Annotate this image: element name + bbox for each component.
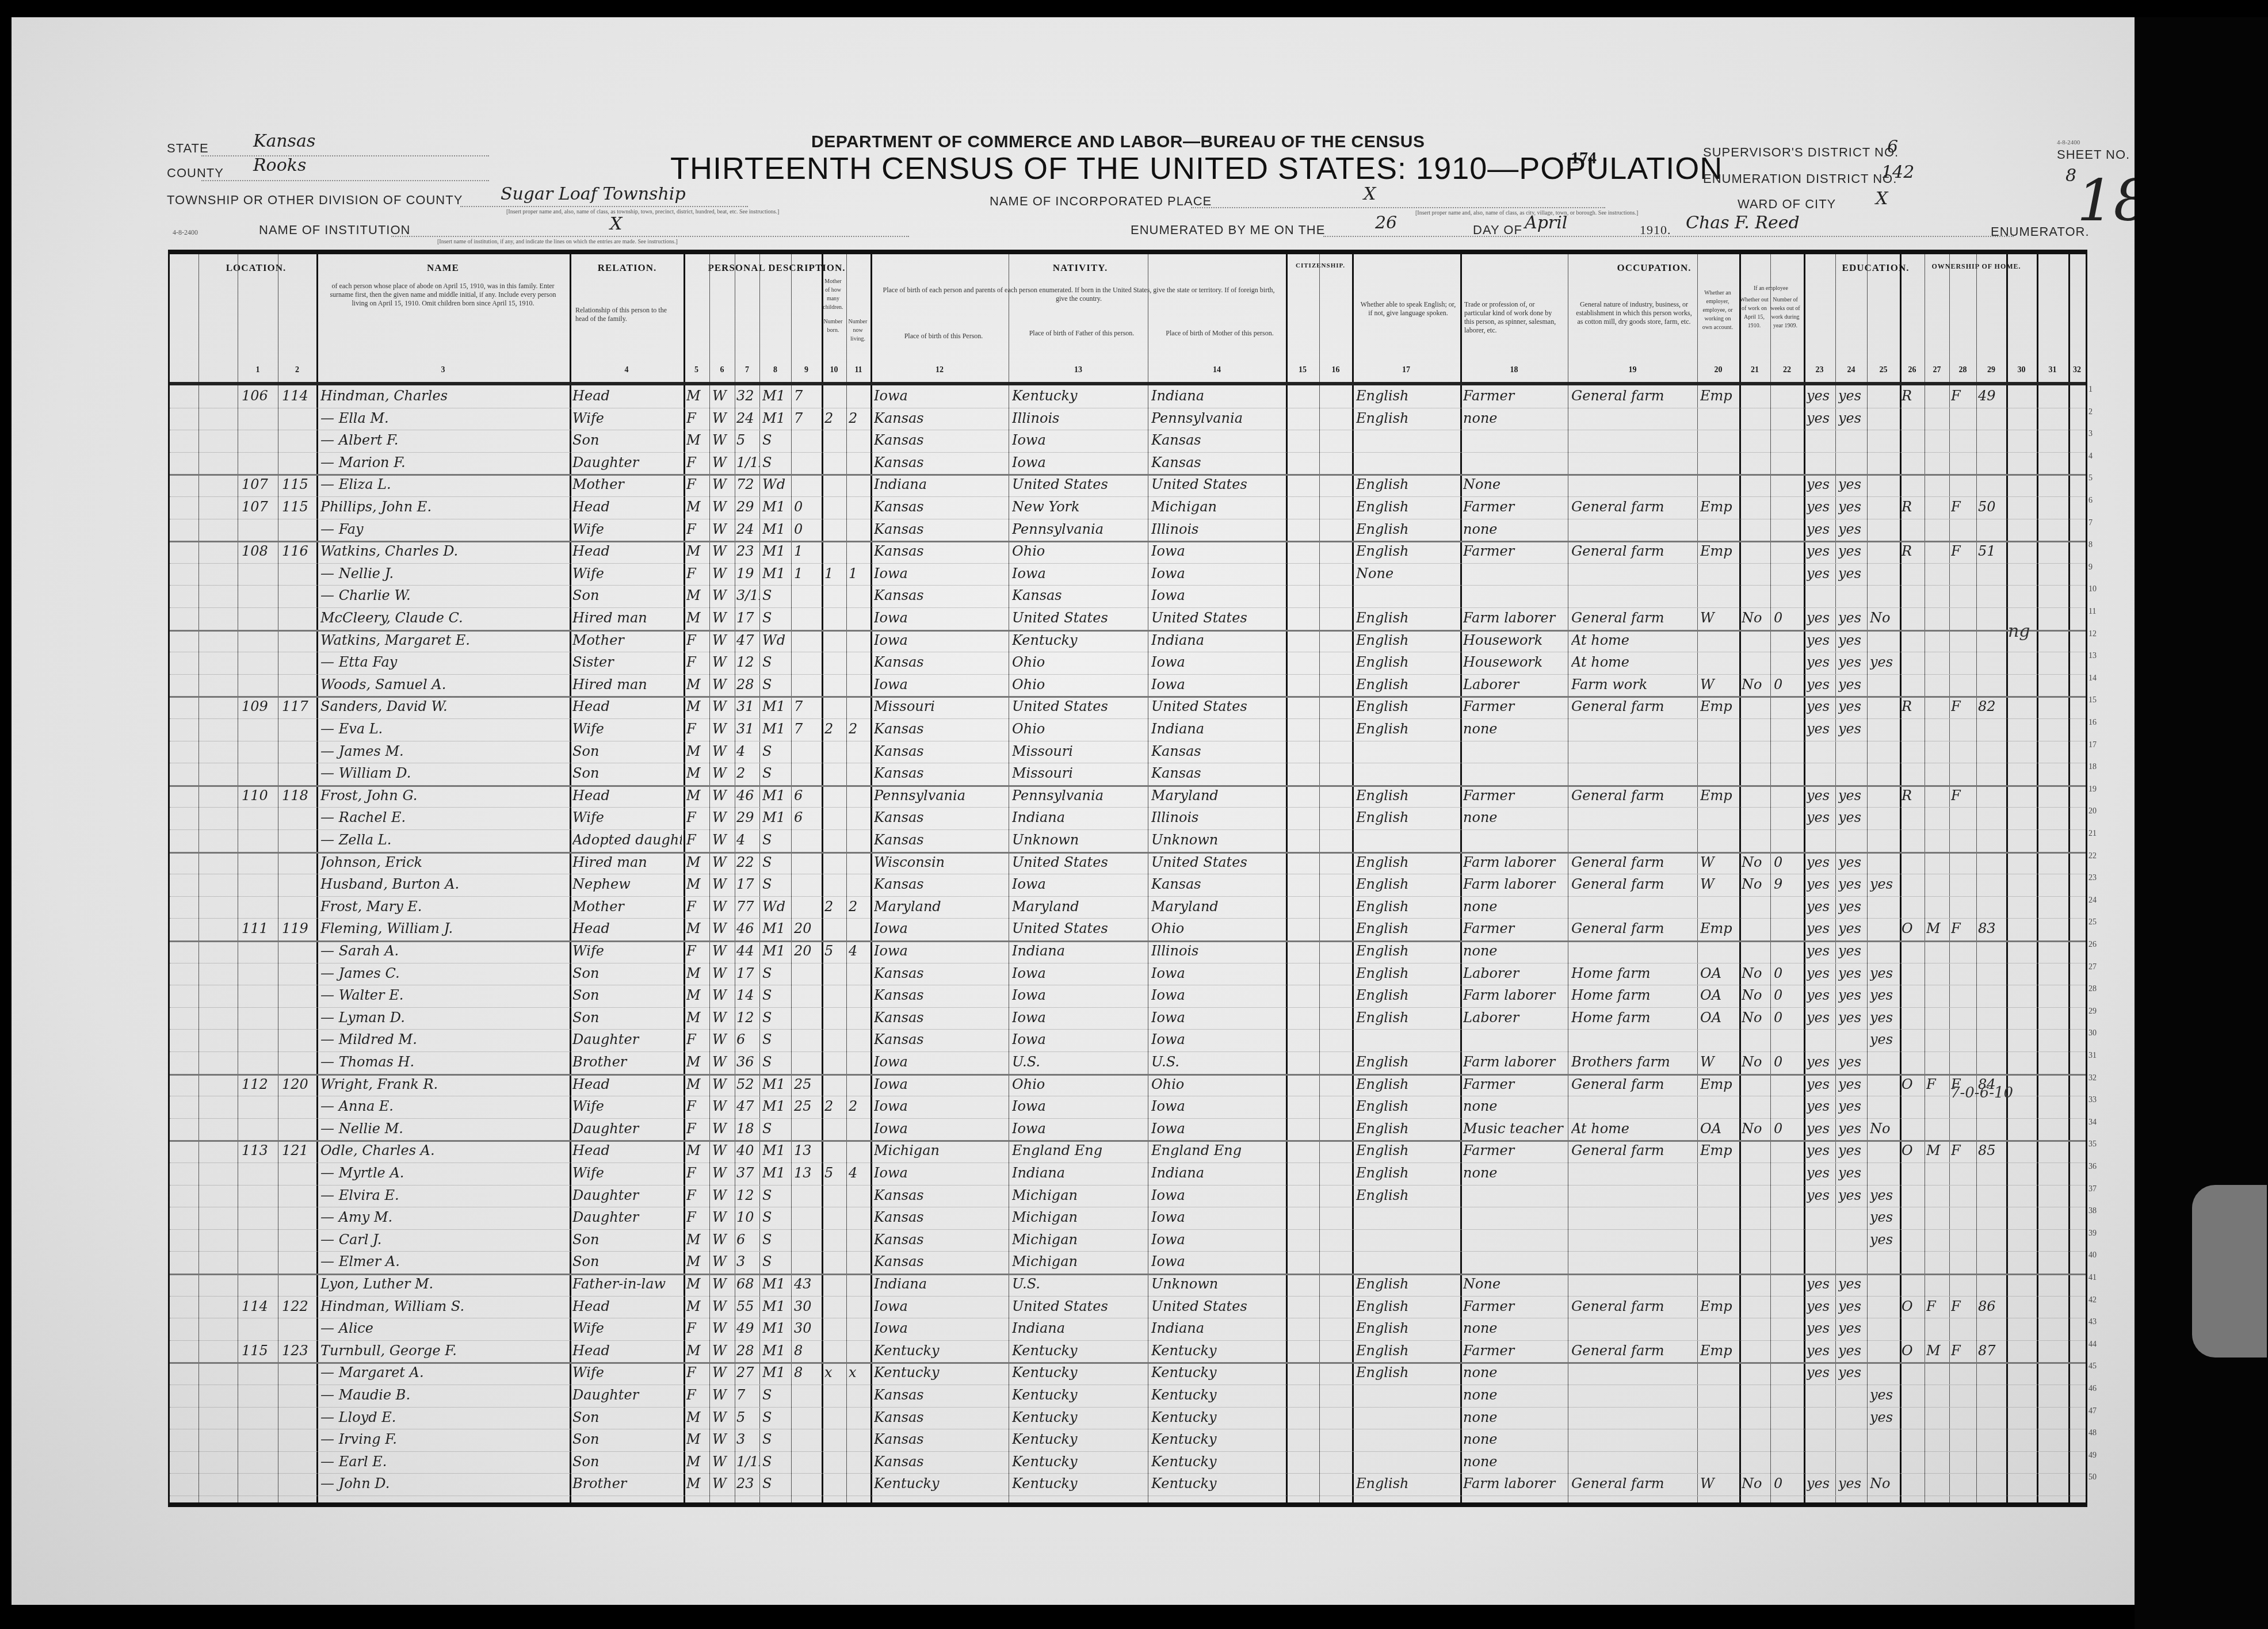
group-education: EDUCATION. <box>1827 262 1925 274</box>
cell-relation: Daughter <box>572 1209 682 1225</box>
cell-trade: none <box>1463 1364 1567 1381</box>
cell-farm: F <box>1951 787 1975 804</box>
line-number: 37 <box>2088 1185 2097 1194</box>
group-occupation: OCCUPATION. <box>1539 262 1769 274</box>
enumerator-name: Chas F. Reed <box>1686 213 1800 233</box>
cell-school: yes <box>1870 1209 1899 1225</box>
cell-mother-birth: Indiana <box>1151 632 1285 648</box>
colnum: 25 <box>1867 366 1900 375</box>
cell-mother-birth: Ohio <box>1151 1076 1285 1092</box>
cell-write: yes <box>1838 987 1867 1003</box>
cell-marital: S <box>762 1054 790 1070</box>
cell-sex: F <box>686 898 708 915</box>
cell-father-birth: Pennsylvania <box>1012 787 1146 804</box>
table-row: — Lloyd E.SonMW5SKansasKentuckyKentuckyn… <box>170 1407 2086 1430</box>
cell-dwelling: 113 <box>242 1142 276 1158</box>
cell-farm: F <box>1951 698 1975 714</box>
cell-race: W <box>712 1209 734 1225</box>
cell-mother-birth: Kansas <box>1151 432 1285 448</box>
cell-language: English <box>1356 1054 1458 1070</box>
cell-marital: M1 <box>762 521 790 537</box>
cell-sex: M <box>686 1142 708 1158</box>
cell-read: yes <box>1807 388 1835 404</box>
cell-living: 1 <box>849 565 869 582</box>
table-row: 112120Wright, Frank R.HeadMW52M125IowaOh… <box>170 1074 2086 1097</box>
cell-language: English <box>1356 1142 1458 1158</box>
cell-sex: M <box>686 1253 708 1269</box>
cell-birth: Kansas <box>874 1253 1007 1269</box>
cell-trade: none <box>1463 1454 1567 1470</box>
cell-relation: Son <box>572 765 682 781</box>
cell-marital: M1 <box>762 698 790 714</box>
cell-sex: M <box>686 388 708 404</box>
cell-write: yes <box>1838 876 1867 892</box>
cell-industry: General farm <box>1571 543 1697 559</box>
table-row: Woods, Samuel A.Hired manMW28SIowaOhioIo… <box>170 674 2086 698</box>
cell-years-married: 7 <box>794 721 820 737</box>
cell-language: English <box>1356 943 1458 959</box>
cell-race: W <box>712 521 734 537</box>
cell-marital: M1 <box>762 1298 790 1314</box>
ed-value: 142 <box>1881 162 1914 182</box>
cell-class: Emp <box>1700 1142 1738 1158</box>
cell-class: W <box>1700 610 1738 626</box>
cell-age: 4 <box>736 832 759 848</box>
enumerated-label: Enumerated by me on the <box>1131 223 1325 238</box>
cell-write: yes <box>1838 1343 1867 1359</box>
cell-name: — Walter E. <box>320 987 568 1003</box>
cell-birth: Iowa <box>874 1121 1007 1137</box>
cell-age: 6 <box>736 1031 759 1047</box>
line-number: 47 <box>2088 1407 2097 1416</box>
cell-marital: M1 <box>762 499 790 515</box>
cell-industry: General farm <box>1571 1343 1697 1359</box>
cell-born: 2 <box>824 410 845 426</box>
cell-years-married: 20 <box>794 920 820 936</box>
cell-sex: F <box>686 1209 708 1225</box>
cell-race: W <box>712 920 734 936</box>
cell-read: yes <box>1807 632 1835 648</box>
cell-mother-birth: Iowa <box>1151 1098 1285 1114</box>
cell-read: yes <box>1807 1165 1835 1181</box>
cell-school: yes <box>1870 876 1899 892</box>
cell-living: 2 <box>849 721 869 737</box>
cell-age: 27 <box>736 1364 759 1381</box>
cell-trade: none <box>1463 1431 1567 1447</box>
cell-race: W <box>712 1098 734 1114</box>
cell-school: yes <box>1870 1187 1899 1203</box>
sheet-label: Sheet No. <box>2057 147 2130 162</box>
cell-school: No <box>1870 610 1899 626</box>
cell-write: yes <box>1838 610 1867 626</box>
cell-father-birth: Pennsylvania <box>1012 521 1146 537</box>
cell-read: yes <box>1807 565 1835 582</box>
line-number: 27 <box>2088 963 2097 972</box>
cell-mother-birth: Iowa <box>1151 1187 1285 1203</box>
institution-line <box>391 236 909 237</box>
table-row: — Irving F.SonMW3SKansasKentuckyKentucky… <box>170 1429 2086 1452</box>
table-row: Watkins, Margaret E.MotherFW47WdIowaKent… <box>170 630 2086 653</box>
cell-mother-birth: Illinois <box>1151 521 1285 537</box>
cell-birth: Iowa <box>874 1320 1007 1336</box>
cell-language: English <box>1356 987 1458 1003</box>
cell-father-birth: Iowa <box>1012 432 1146 448</box>
table-row: 106114Hindman, CharlesHeadMW32M17IowaKen… <box>170 385 2086 408</box>
cell-write: yes <box>1838 920 1867 936</box>
cell-mother-birth: Kansas <box>1151 454 1285 471</box>
cell-write: yes <box>1838 1187 1867 1203</box>
line-number: 24 <box>2088 896 2097 905</box>
cell-age: 32 <box>736 388 759 404</box>
cell-family: 116 <box>282 543 315 559</box>
cell-trade: Farmer <box>1463 1076 1567 1092</box>
cell-mother-birth: Kentucky <box>1151 1454 1285 1470</box>
cell-trade: Farmer <box>1463 543 1567 559</box>
line-number: 43 <box>2088 1318 2097 1327</box>
table-row: — Myrtle A.WifeFW37M11354IowaIndianaIndi… <box>170 1163 2086 1186</box>
colnum: 5 <box>684 366 709 375</box>
cell-out-of-work: No <box>1742 965 1769 981</box>
cell-marital: M1 <box>762 1364 790 1381</box>
cell-born: 1 <box>824 565 845 582</box>
cell-trade: Laborer <box>1463 1009 1567 1026</box>
cell-read: yes <box>1807 987 1835 1003</box>
colnum: 10 <box>822 366 846 375</box>
group-citizenship: CITIZENSHIP. <box>1289 262 1352 269</box>
cell-trade: none <box>1463 1320 1567 1336</box>
cell-relation: Son <box>572 743 682 759</box>
cell-trade: none <box>1463 521 1567 537</box>
cell-trade: Farmer <box>1463 920 1567 936</box>
cell-mother-birth: Michigan <box>1151 499 1285 515</box>
cell-relation: Son <box>572 1009 682 1026</box>
enumerated-day: 26 <box>1375 213 1397 233</box>
cell-marital: M1 <box>762 388 790 404</box>
cell-sex: M <box>686 743 708 759</box>
cell-mother-birth: Iowa <box>1151 654 1285 670</box>
cell-marital: S <box>762 610 790 626</box>
cell-age: 5 <box>736 432 759 448</box>
cell-birth: Kentucky <box>874 1475 1007 1492</box>
cell-relation: Head <box>572 1343 682 1359</box>
cell-school: yes <box>1870 1009 1899 1026</box>
cell-race: W <box>712 1276 734 1292</box>
cell-language: English <box>1356 721 1458 737</box>
cell-age: 10 <box>736 1209 759 1225</box>
cell-father-birth: Michigan <box>1012 1253 1146 1269</box>
cell-industry: General farm <box>1571 1142 1697 1158</box>
cell-marital: Wd <box>762 476 790 492</box>
cell-school: yes <box>1870 965 1899 981</box>
colnum: 8 <box>759 366 791 375</box>
cell-mother-birth: Iowa <box>1151 987 1285 1003</box>
cell-mother-birth: Iowa <box>1151 587 1285 603</box>
cell-name: — William D. <box>320 765 568 781</box>
cell-read: yes <box>1807 920 1835 936</box>
cell-marital: S <box>762 1387 790 1403</box>
cell-marital: M1 <box>762 1320 790 1336</box>
cell-trade: Farmer <box>1463 787 1567 804</box>
cell-birth: Kentucky <box>874 1364 1007 1381</box>
cell-name: — John D. <box>320 1475 568 1492</box>
cell-name: — James M. <box>320 743 568 759</box>
weeks-out-description: Number of weeks out of work during year … <box>1770 296 1800 330</box>
cell-language: English <box>1356 676 1458 693</box>
table-row: — Nellie M.DaughterFW18SIowaIowaIowaEngl… <box>170 1118 2086 1142</box>
cell-schedule: 83 <box>1978 920 2006 936</box>
form-number: 4-8-2400 <box>2057 139 2080 146</box>
cell-read: yes <box>1807 410 1835 426</box>
cell-age: 19 <box>736 565 759 582</box>
cell-industry: General farm <box>1571 1475 1697 1492</box>
cell-sex: F <box>686 410 708 426</box>
cell-out-of-work: No <box>1742 1054 1769 1070</box>
cell-father-birth: Kentucky <box>1012 1364 1146 1381</box>
table-row: — Nellie J.WifeFW19M1111IowaIowaIowaNone… <box>170 563 2086 586</box>
cell-race: W <box>712 1364 734 1381</box>
cell-years-married: 8 <box>794 1343 820 1359</box>
cell-mother-birth: Indiana <box>1151 388 1285 404</box>
cell-age: 17 <box>736 876 759 892</box>
cell-race: W <box>712 565 734 582</box>
cell-sex: F <box>686 1121 708 1137</box>
cell-mother-birth: Iowa <box>1151 1121 1285 1137</box>
cell-relation: Head <box>572 698 682 714</box>
cell-mother-birth: Kansas <box>1151 765 1285 781</box>
colnum: 21 <box>1739 366 1770 375</box>
cell-race: W <box>712 1121 734 1137</box>
table-row: — William D.SonMW2SKansasMissouriKansas <box>170 763 2086 787</box>
cell-marital: S <box>762 1232 790 1248</box>
cell-own: R <box>1902 499 1925 515</box>
colnum: 32 <box>2068 366 2086 375</box>
county-label: County <box>167 166 224 181</box>
cell-marital: M1 <box>762 543 790 559</box>
line-number: 4 <box>2088 452 2093 461</box>
township-label: Township or other division of county <box>167 193 463 208</box>
cell-marital: S <box>762 832 790 848</box>
cell-language: English <box>1356 1298 1458 1314</box>
cell-years-married: 1 <box>794 565 820 582</box>
cell-sex: M <box>686 1409 708 1425</box>
cell-language: English <box>1356 1276 1458 1292</box>
cell-father-birth: Kentucky <box>1012 1409 1146 1425</box>
cell-race: W <box>712 787 734 804</box>
cell-school: yes <box>1870 1031 1899 1047</box>
cell-name: — Rachel E. <box>320 809 568 825</box>
cell-marital: S <box>762 965 790 981</box>
cell-father-birth: United States <box>1012 698 1146 714</box>
cell-relation: Hired man <box>572 854 682 870</box>
cell-mother-birth: Iowa <box>1151 565 1285 582</box>
township-line <box>460 206 748 207</box>
cell-sex: F <box>686 1387 708 1403</box>
table-row: — AliceWifeFW49M130IowaIndianaIndianaEng… <box>170 1318 2086 1341</box>
cell-industry: General farm <box>1571 1298 1697 1314</box>
cell-class: OA <box>1700 965 1738 981</box>
cell-language: English <box>1356 876 1458 892</box>
cell-relation: Head <box>572 499 682 515</box>
trade-description: Trade or profession of, or particular ki… <box>1464 300 1562 335</box>
cell-read: yes <box>1807 676 1835 693</box>
cell-language: English <box>1356 1009 1458 1026</box>
cell-mother-birth: U.S. <box>1151 1054 1285 1070</box>
cell-race: W <box>712 1031 734 1047</box>
cell-race: W <box>712 743 734 759</box>
cell-born: 5 <box>824 1165 845 1181</box>
cell-race: W <box>712 1054 734 1070</box>
line-number: 7 <box>2088 519 2093 528</box>
cell-industry: General farm <box>1571 854 1697 870</box>
cell-relation: Son <box>572 965 682 981</box>
cell-relation: Sister <box>572 654 682 670</box>
enumerator-label: Enumerator. <box>1991 224 2090 239</box>
table-row: — Carl J.SonMW6SKansasMichiganIowayes <box>170 1229 2086 1252</box>
cell-race: W <box>712 965 734 981</box>
cell-industry: Farm work <box>1571 676 1697 693</box>
employer-description: Whether an employer, employee, or workin… <box>1699 289 1736 332</box>
cell-read: yes <box>1807 1475 1835 1492</box>
cell-name: — Myrtle A. <box>320 1165 568 1181</box>
cell-dwelling: 108 <box>242 543 276 559</box>
cell-language: English <box>1356 1475 1458 1492</box>
cell-name: Hindman, William S. <box>320 1298 568 1314</box>
institution-label: Name of institution <box>259 223 410 238</box>
cell-relation: Son <box>572 987 682 1003</box>
cell-name: Wright, Frank R. <box>320 1076 568 1092</box>
cell-schedule: 49 <box>1978 388 2006 404</box>
cell-name: Odle, Charles A. <box>320 1142 568 1158</box>
cell-born: 2 <box>824 721 845 737</box>
cell-read: yes <box>1807 1298 1835 1314</box>
cell-years-married: 8 <box>794 1364 820 1381</box>
cell-years-married: 7 <box>794 388 820 404</box>
line-number: 39 <box>2088 1229 2097 1238</box>
line-number: 32 <box>2088 1074 2097 1083</box>
enumerator-line <box>1323 236 2014 237</box>
cell-family: 114 <box>282 388 315 404</box>
group-name: NAME <box>319 262 567 274</box>
cell-industry: General farm <box>1571 499 1697 515</box>
cell-mother-birth: Iowa <box>1151 1232 1285 1248</box>
cell-language: English <box>1356 854 1458 870</box>
cell-age: 17 <box>736 610 759 626</box>
census-sheet: State Kansas County Rooks Township or ot… <box>12 17 2135 1605</box>
cell-years-married: 20 <box>794 943 820 959</box>
cell-language: English <box>1356 632 1458 648</box>
cell-relation: Brother <box>572 1475 682 1492</box>
cell-dwelling: 112 <box>242 1076 276 1092</box>
cell-family: 122 <box>282 1298 315 1314</box>
cell-school: yes <box>1870 654 1899 670</box>
cell-name: Turnbull, George F. <box>320 1343 568 1359</box>
table-row: — Rachel E.WifeFW29M16KansasIndianaIllin… <box>170 807 2086 830</box>
line-number: 30 <box>2088 1029 2097 1038</box>
cell-out-of-work: No <box>1742 1475 1769 1492</box>
cell-birth: Kansas <box>874 1187 1007 1203</box>
mother-of-description: Mother of how many children. <box>822 277 845 312</box>
cell-birth: Kansas <box>874 832 1007 848</box>
cell-sex: M <box>686 1232 708 1248</box>
cell-father-birth: Kentucky <box>1012 1475 1146 1492</box>
cell-schedule: 85 <box>1978 1142 2006 1158</box>
born-description: Number born. <box>822 318 845 335</box>
cell-father-birth: Missouri <box>1012 765 1146 781</box>
colnum: 20 <box>1697 366 1739 375</box>
cell-language: English <box>1356 1343 1458 1359</box>
cell-race: W <box>712 499 734 515</box>
cell-father-birth: U.S. <box>1012 1054 1146 1070</box>
cell-race: W <box>712 1076 734 1092</box>
cell-mother-birth: Kansas <box>1151 743 1285 759</box>
line-number: 28 <box>2088 985 2097 994</box>
relation-description: Relationship of this person to the head … <box>575 306 679 323</box>
cell-class: W <box>1700 1054 1738 1070</box>
cell-read: yes <box>1807 1054 1835 1070</box>
cell-name: — Elmer A. <box>320 1253 568 1269</box>
census-title: THIRTEENTH CENSUS OF THE UNITED STATES: … <box>670 151 1723 186</box>
cell-schedule: 82 <box>1978 698 2006 714</box>
line-number: 17 <box>2088 741 2097 750</box>
cell-age: 44 <box>736 943 759 959</box>
cell-age: 46 <box>736 787 759 804</box>
cell-trade: Farmer <box>1463 499 1567 515</box>
cell-sex: M <box>686 787 708 804</box>
cell-mother-birth: England Eng <box>1151 1142 1285 1158</box>
cell-relation: Daughter <box>572 1121 682 1137</box>
line-number: 21 <box>2088 829 2097 839</box>
cell-father-birth: Ohio <box>1012 676 1146 693</box>
cell-name: — Nellie M. <box>320 1121 568 1137</box>
cell-race: W <box>712 1431 734 1447</box>
cell-birth: Kansas <box>874 987 1007 1003</box>
cell-race: W <box>712 698 734 714</box>
incorporated-value: X <box>1364 184 1376 204</box>
cell-schedule: 87 <box>1978 1343 2006 1359</box>
cell-marital: S <box>762 854 790 870</box>
cell-birth: Maryland <box>874 898 1007 915</box>
line-number: 36 <box>2088 1163 2097 1172</box>
cell-mother-birth: United States <box>1151 610 1285 626</box>
cell-race: W <box>712 832 734 848</box>
cell-out-of-work: No <box>1742 854 1769 870</box>
cell-birth: Indiana <box>874 1276 1007 1292</box>
cell-name: — Eva L. <box>320 721 568 737</box>
table-row: 108116Watkins, Charles D.HeadMW23M11Kans… <box>170 541 2086 564</box>
cell-weeks-out: 0 <box>1774 610 1803 626</box>
cell-dwelling: 107 <box>242 499 276 515</box>
cell-relation: Mother <box>572 898 682 915</box>
cell-mortgage: M <box>1926 1142 1949 1158</box>
cell-birth: Kansas <box>874 1431 1007 1447</box>
cell-father-birth: Kentucky <box>1012 1454 1146 1470</box>
table-row: — Elvira E.DaughterFW12SKansasMichiganIo… <box>170 1185 2086 1208</box>
cell-race: W <box>712 854 734 870</box>
film-edge <box>2135 17 2268 1629</box>
cell-race: W <box>712 476 734 492</box>
cell-age: 5 <box>736 1409 759 1425</box>
nativity-description: Place of birth of each person and parent… <box>877 286 1280 303</box>
colnum: 31 <box>2037 366 2068 375</box>
cell-farm: F <box>1951 388 1975 404</box>
cell-marital: M1 <box>762 1276 790 1292</box>
cell-age: 68 <box>736 1276 759 1292</box>
cell-age: 55 <box>736 1298 759 1314</box>
cell-relation: Daughter <box>572 454 682 471</box>
cell-name: — Elvira E. <box>320 1187 568 1203</box>
cell-trade: Farmer <box>1463 698 1567 714</box>
group-personal: PERSONAL DESCRIPTION. <box>685 262 869 274</box>
